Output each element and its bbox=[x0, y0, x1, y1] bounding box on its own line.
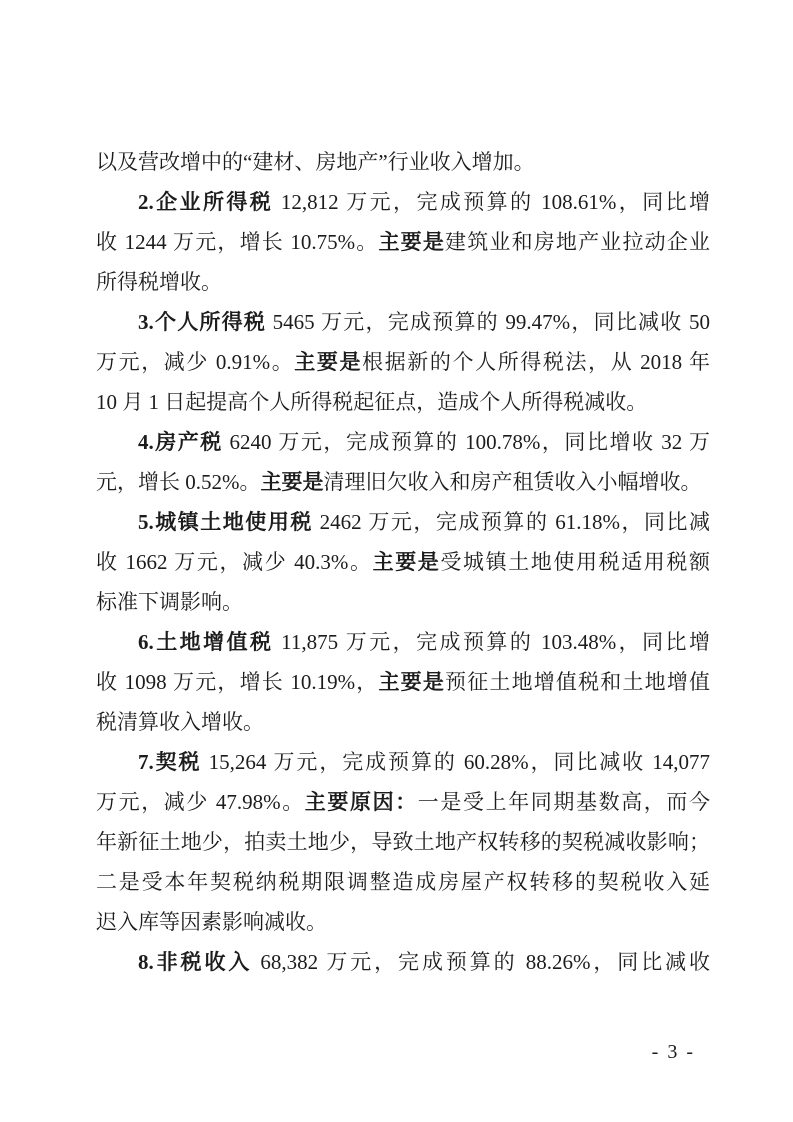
text-run: 万元，减少 47.98%。 bbox=[96, 790, 305, 814]
document-page: 以及营改增中的“建材、房地产”行业收入增加。 2.企业所得税 12,812 万元… bbox=[0, 0, 793, 1122]
document-body: 以及营改增中的“建材、房地产”行业收入增加。 2.企业所得税 12,812 万元… bbox=[96, 142, 710, 982]
text-run: 税清算收入增收。 bbox=[96, 710, 264, 734]
text-run: 收 1662 万元，减少 40.3%。 bbox=[96, 550, 373, 574]
item-heading-run: 8.非税收入 bbox=[138, 950, 252, 974]
text-run: 6240 万元，完成预算的 100.78%，同比增收 32 万 bbox=[223, 430, 710, 454]
item-heading-run: 4.房产税 bbox=[138, 430, 223, 454]
text-line: 3.个人所得税 5465 万元，完成预算的 99.47%，同比减收 50 bbox=[96, 302, 710, 342]
paragraph-non-tax-revenue: 8.非税收入 68,382 万元，完成预算的 88.26%，同比减收 bbox=[96, 942, 710, 982]
text-run: 11,875 万元，完成预算的 103.48%，同比增 bbox=[273, 630, 710, 654]
emphasis-run: 主要是 bbox=[373, 550, 441, 574]
text-line: 迟入库等因素影响减收。 bbox=[96, 902, 710, 942]
emphasis-run: 主要是 bbox=[294, 350, 362, 374]
item-heading-run: 6.土地增值税 bbox=[138, 630, 273, 654]
paragraph-personal-income-tax: 3.个人所得税 5465 万元，完成预算的 99.47%，同比减收 50 万元，… bbox=[96, 302, 710, 422]
text-line: 以及营改增中的“建材、房地产”行业收入增加。 bbox=[96, 142, 710, 182]
text-line: 万元，减少 47.98%。主要原因：一是受上年同期基数高，而今 bbox=[96, 782, 710, 822]
text-line: 4.房产税 6240 万元，完成预算的 100.78%，同比增收 32 万 bbox=[96, 422, 710, 462]
emphasis-run: 主要是 bbox=[378, 230, 445, 254]
item-heading-run: 7.契税 bbox=[138, 750, 201, 774]
text-line: 5.城镇土地使用税 2462 万元，完成预算的 61.18%，同比减 bbox=[96, 502, 710, 542]
paragraph-property-tax: 4.房产税 6240 万元，完成预算的 100.78%，同比增收 32 万 元，… bbox=[96, 422, 710, 502]
paragraph-land-appreciation-tax: 6.土地增值税 11,875 万元，完成预算的 103.48%，同比增 收 10… bbox=[96, 622, 710, 742]
text-line: 收 1098 万元，增长 10.19%，主要是预征土地增值税和土地增值 bbox=[96, 662, 710, 702]
text-line: 所得税增收。 bbox=[96, 262, 710, 302]
text-line: 6.土地增值税 11,875 万元，完成预算的 103.48%，同比增 bbox=[96, 622, 710, 662]
text-line: 2.企业所得税 12,812 万元，完成预算的 108.61%，同比增 bbox=[96, 182, 710, 222]
text-run: 万元，减少 0.91%。 bbox=[96, 350, 294, 374]
text-run: 标准下调影响。 bbox=[96, 590, 243, 614]
item-heading-run: 3.个人所得税 bbox=[138, 310, 266, 334]
text-run: 迟入库等因素影响减收。 bbox=[96, 910, 327, 934]
text-line: 10 月 1 日起提高个人所得税起征点，造成个人所得税减收。 bbox=[96, 382, 710, 422]
text-run: 收 1244 万元，增长 10.75%。 bbox=[96, 230, 378, 254]
text-line: 年新征土地少，拍卖土地少，导致土地产权转移的契税减收影响； bbox=[96, 822, 710, 862]
text-line: 万元，减少 0.91%。主要是根据新的个人所得税法，从 2018 年 bbox=[96, 342, 710, 382]
text-line: 8.非税收入 68,382 万元，完成预算的 88.26%，同比减收 bbox=[96, 942, 710, 982]
text-run: 预征土地增值税和土地增值 bbox=[445, 670, 710, 694]
paragraph-urban-land-use-tax: 5.城镇土地使用税 2462 万元，完成预算的 61.18%，同比减 收 166… bbox=[96, 502, 710, 622]
text-run: 所得税增收。 bbox=[96, 270, 222, 294]
text-run: 收 1098 万元，增长 10.19%， bbox=[96, 670, 378, 694]
text-run: 15,264 万元，完成预算的 60.28%，同比减收 14,077 bbox=[201, 750, 710, 774]
text-run: 以及营改增中的“建材、房地产”行业收入增加。 bbox=[96, 150, 535, 174]
emphasis-run: 主要是 bbox=[261, 470, 324, 494]
text-run: 68,382 万元，完成预算的 88.26%，同比减收 bbox=[252, 950, 710, 974]
text-run: 元，增长 0.52%。 bbox=[96, 470, 261, 494]
paragraph-continued: 以及营改增中的“建材、房地产”行业收入增加。 bbox=[96, 142, 710, 182]
text-run: 5465 万元，完成预算的 99.47%，同比减收 50 bbox=[266, 310, 710, 334]
text-line: 7.契税 15,264 万元，完成预算的 60.28%，同比减收 14,077 bbox=[96, 742, 710, 782]
text-run: 年新征土地少，拍卖土地少，导致土地产权转移的契税减收影响； bbox=[96, 830, 710, 854]
text-run: 12,812 万元，完成预算的 108.61%，同比增 bbox=[273, 190, 710, 214]
text-run: 一是受上年同期基数高，而今 bbox=[418, 790, 710, 814]
item-heading-run: 5.城镇土地使用税 bbox=[138, 510, 313, 534]
paragraph-corporate-income-tax: 2.企业所得税 12,812 万元，完成预算的 108.61%，同比增 收 12… bbox=[96, 182, 710, 302]
text-line: 收 1244 万元，增长 10.75%。主要是建筑业和房地产业拉动企业 bbox=[96, 222, 710, 262]
text-line: 税清算收入增收。 bbox=[96, 702, 710, 742]
emphasis-run: 主要原因： bbox=[305, 790, 418, 814]
item-heading-run: 2.企业所得税 bbox=[138, 190, 273, 214]
text-line: 元，增长 0.52%。主要是清理旧欠收入和房产租赁收入小幅增收。 bbox=[96, 462, 710, 502]
text-run: 受城镇土地使用税适用税额 bbox=[440, 550, 710, 574]
emphasis-run: 主要是 bbox=[378, 670, 445, 694]
text-run: 10 月 1 日起提高个人所得税起征点，造成个人所得税减收。 bbox=[96, 390, 647, 414]
text-line: 收 1662 万元，减少 40.3%。主要是受城镇土地使用税适用税额 bbox=[96, 542, 710, 582]
paragraph-deed-tax: 7.契税 15,264 万元，完成预算的 60.28%，同比减收 14,077 … bbox=[96, 742, 710, 942]
page-number: - 3 - bbox=[652, 1040, 695, 1064]
text-line: 二是受本年契税纳税期限调整造成房屋产权转移的契税收入延 bbox=[96, 862, 710, 902]
text-line: 标准下调影响。 bbox=[96, 582, 710, 622]
text-run: 根据新的个人所得税法，从 2018 年 bbox=[362, 350, 710, 374]
text-run: 二是受本年契税纳税期限调整造成房屋产权转移的契税收入延 bbox=[96, 870, 710, 894]
text-run: 清理旧欠收入和房产租赁收入小幅增收。 bbox=[324, 470, 702, 494]
text-run: 2462 万元，完成预算的 61.18%，同比减 bbox=[313, 510, 710, 534]
text-run: 建筑业和房地产业拉动企业 bbox=[445, 230, 710, 254]
